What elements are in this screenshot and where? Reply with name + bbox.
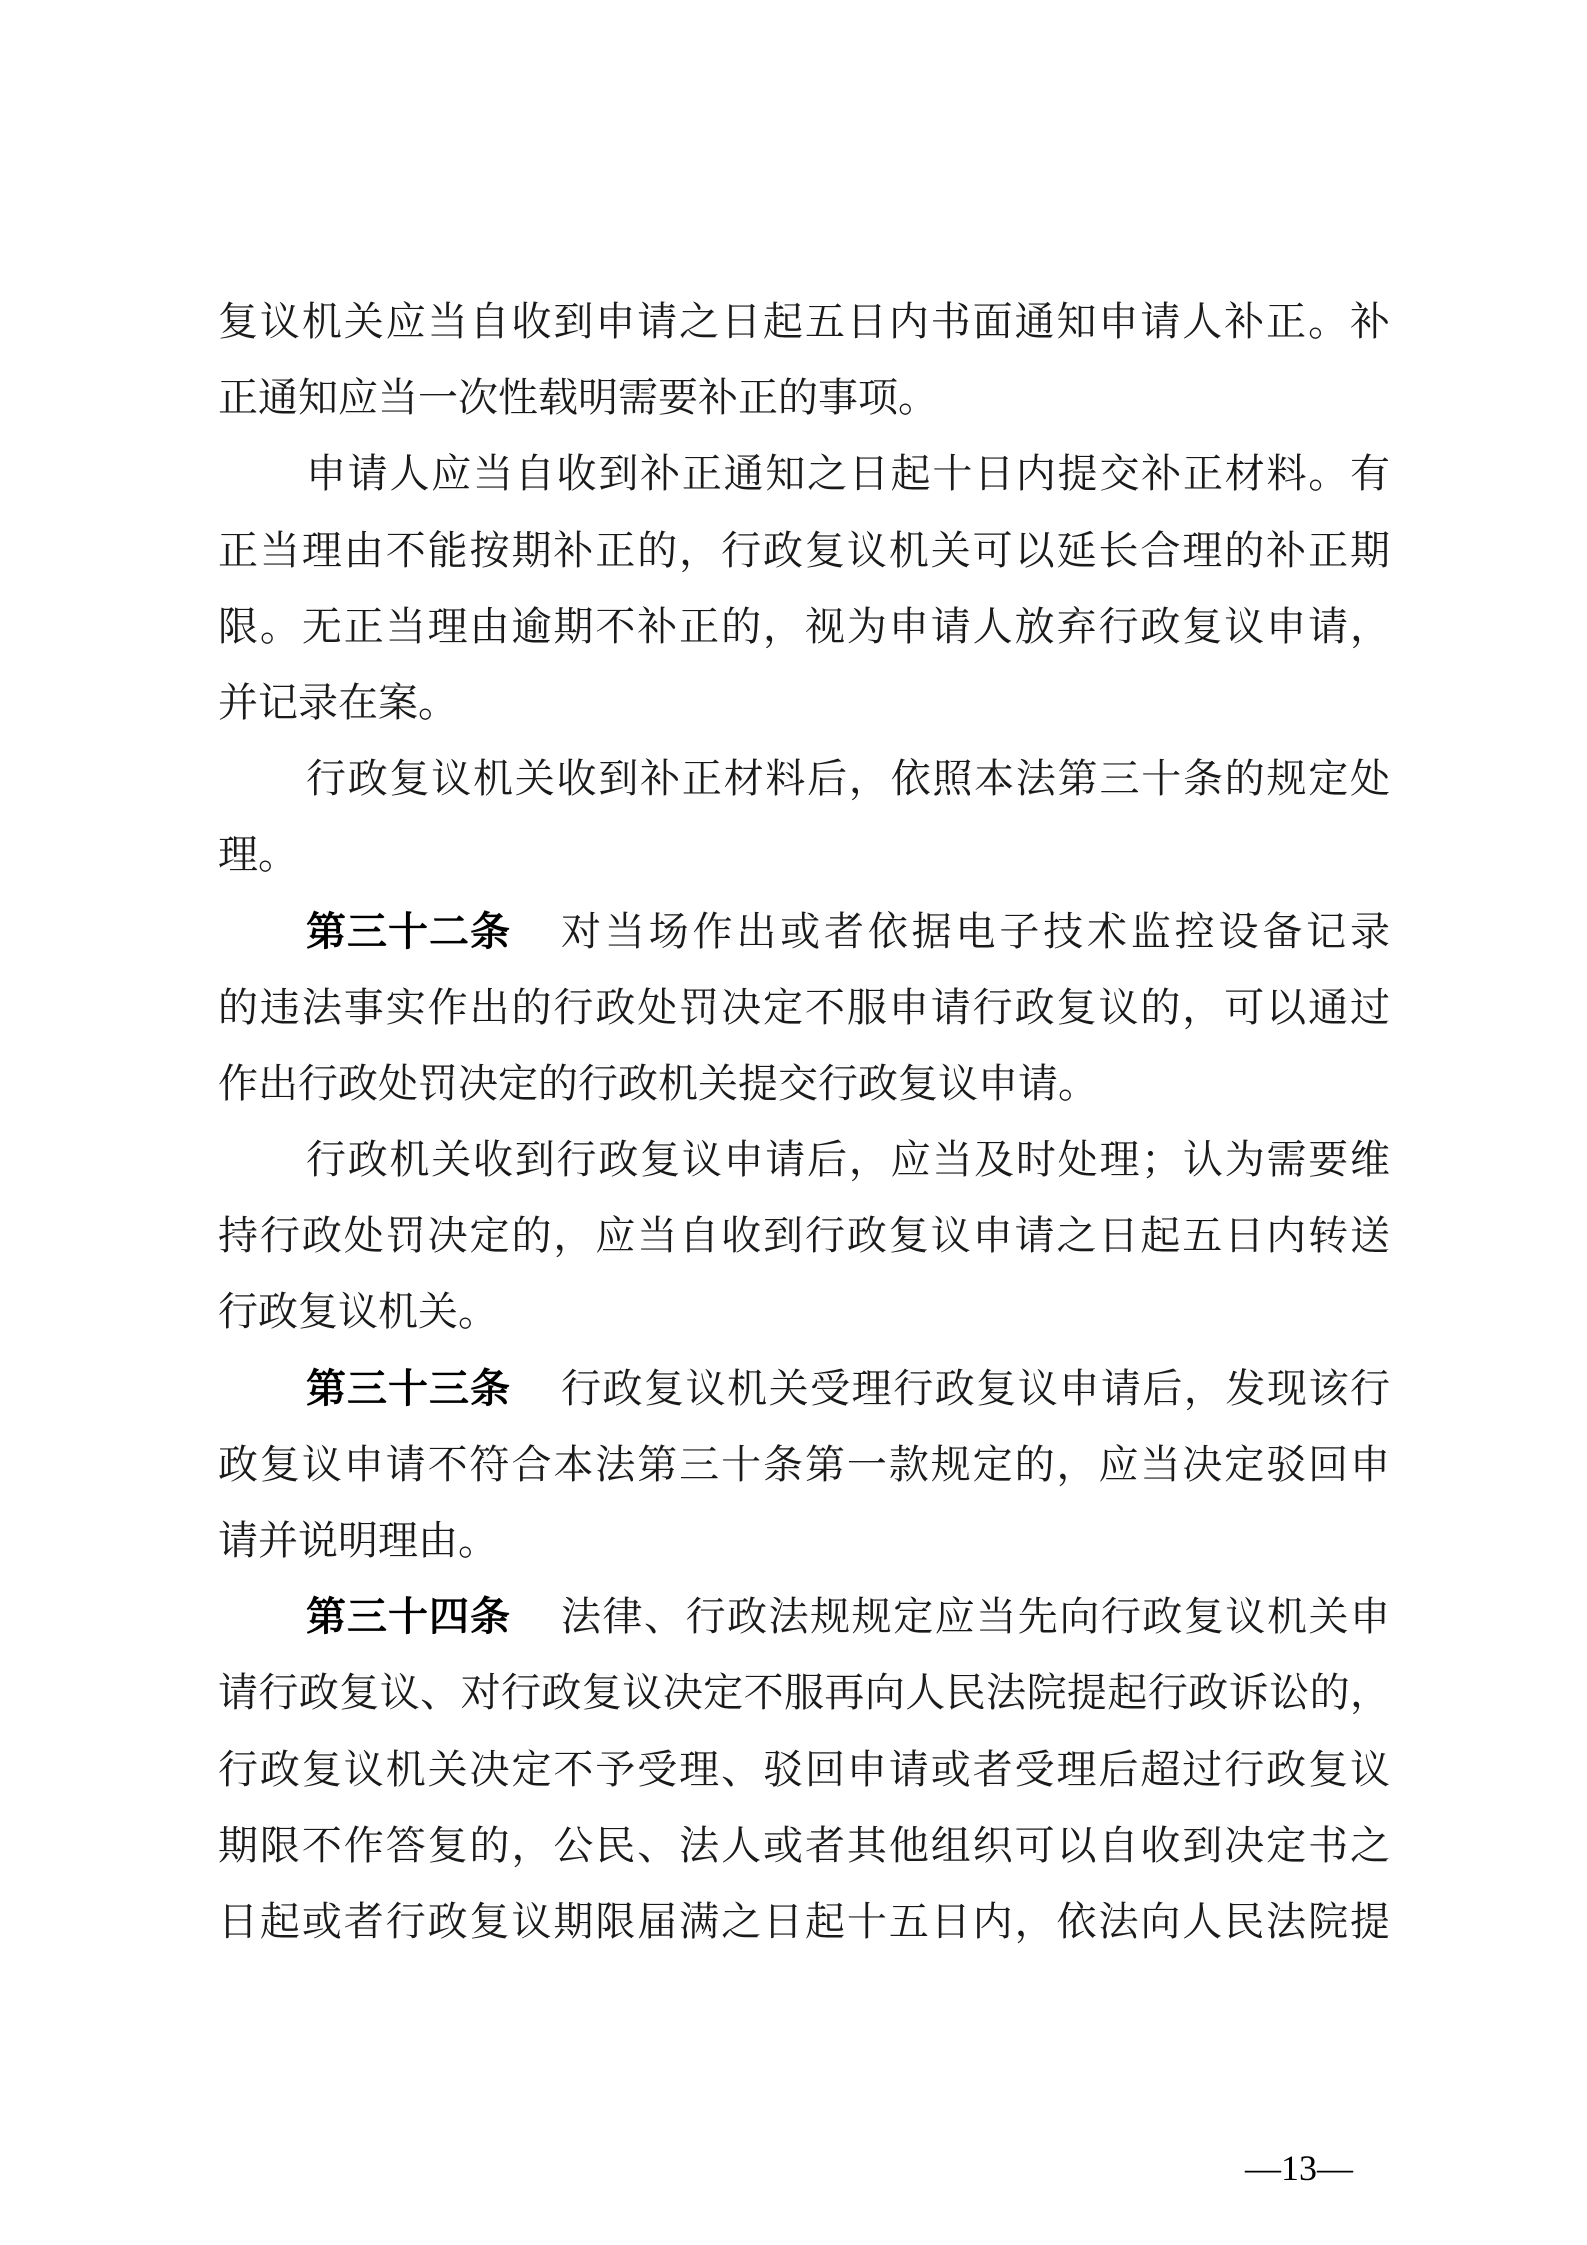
text-line: 行政复议机关收到补正材料后，依照本法第三十条的规定处 <box>218 741 1390 817</box>
text-line: 行政复议机关。 <box>218 1274 1390 1350</box>
text-line: 申请人应当自收到补正通知之日起十日内提交补正材料。有 <box>218 436 1390 512</box>
text-line: 行政机关收到行政复议申请后，应当及时处理；认为需要维 <box>218 1122 1390 1198</box>
text-line: 理。 <box>218 817 1390 893</box>
text-line: 正通知应当一次性载明需要补正的事项。 <box>218 360 1390 436</box>
text-line: 正当理由不能按期补正的，行政复议机关可以延长合理的补正期 <box>218 513 1390 589</box>
page-number: —13— <box>1244 2146 1354 2190</box>
document-page: 复议机关应当自收到申请之日起五日内书面通知申请人补正。补 正通知应当一次性载明需… <box>0 0 1587 2245</box>
text-line: 请行政复议、对行政复议决定不服再向人民法院提起行政诉讼的， <box>218 1655 1390 1731</box>
body-text: 复议机关应当自收到申请之日起五日内书面通知申请人补正。补 正通知应当一次性载明需… <box>218 284 1390 1960</box>
text-line: 期限不作答复的，公民、法人或者其他组织可以自收到决定书之 <box>218 1808 1390 1884</box>
text-line: 限。无正当理由逾期不补正的，视为申请人放弃行政复议申请， <box>218 589 1390 665</box>
text-line: 持行政处罚决定的，应当自收到行政复议申请之日起五日内转送 <box>218 1198 1390 1274</box>
text-line: 日起或者行政复议期限届满之日起十五日内，依法向人民法院提 <box>218 1884 1390 1960</box>
article-heading-32: 第三十二条 <box>306 894 511 970</box>
article-34-first-line: 第三十四条法律、行政法规规定应当先向行政复议机关申 <box>218 1579 1390 1655</box>
text-line: 请并说明理由。 <box>218 1503 1390 1579</box>
article-heading-34: 第三十四条 <box>306 1579 511 1655</box>
text-line: 政复议申请不符合本法第三十条第一款规定的，应当决定驳回申 <box>218 1427 1390 1503</box>
text-line: 复议机关应当自收到申请之日起五日内书面通知申请人补正。补 <box>218 284 1390 360</box>
article-32-first-line: 第三十二条对当场作出或者依据电子技术监控设备记录 <box>218 894 1390 970</box>
text-line: 行政复议机关决定不予受理、驳回申请或者受理后超过行政复议 <box>218 1732 1390 1808</box>
article-heading-33: 第三十三条 <box>306 1351 511 1427</box>
text-line: 并记录在案。 <box>218 665 1390 741</box>
text-line: 作出行政处罚决定的行政机关提交行政复议申请。 <box>218 1046 1390 1122</box>
text-line: 的违法事实作出的行政处罚决定不服申请行政复议的，可以通过 <box>218 970 1390 1046</box>
article-33-first-line: 第三十三条行政复议机关受理行政复议申请后，发现该行 <box>218 1351 1390 1427</box>
